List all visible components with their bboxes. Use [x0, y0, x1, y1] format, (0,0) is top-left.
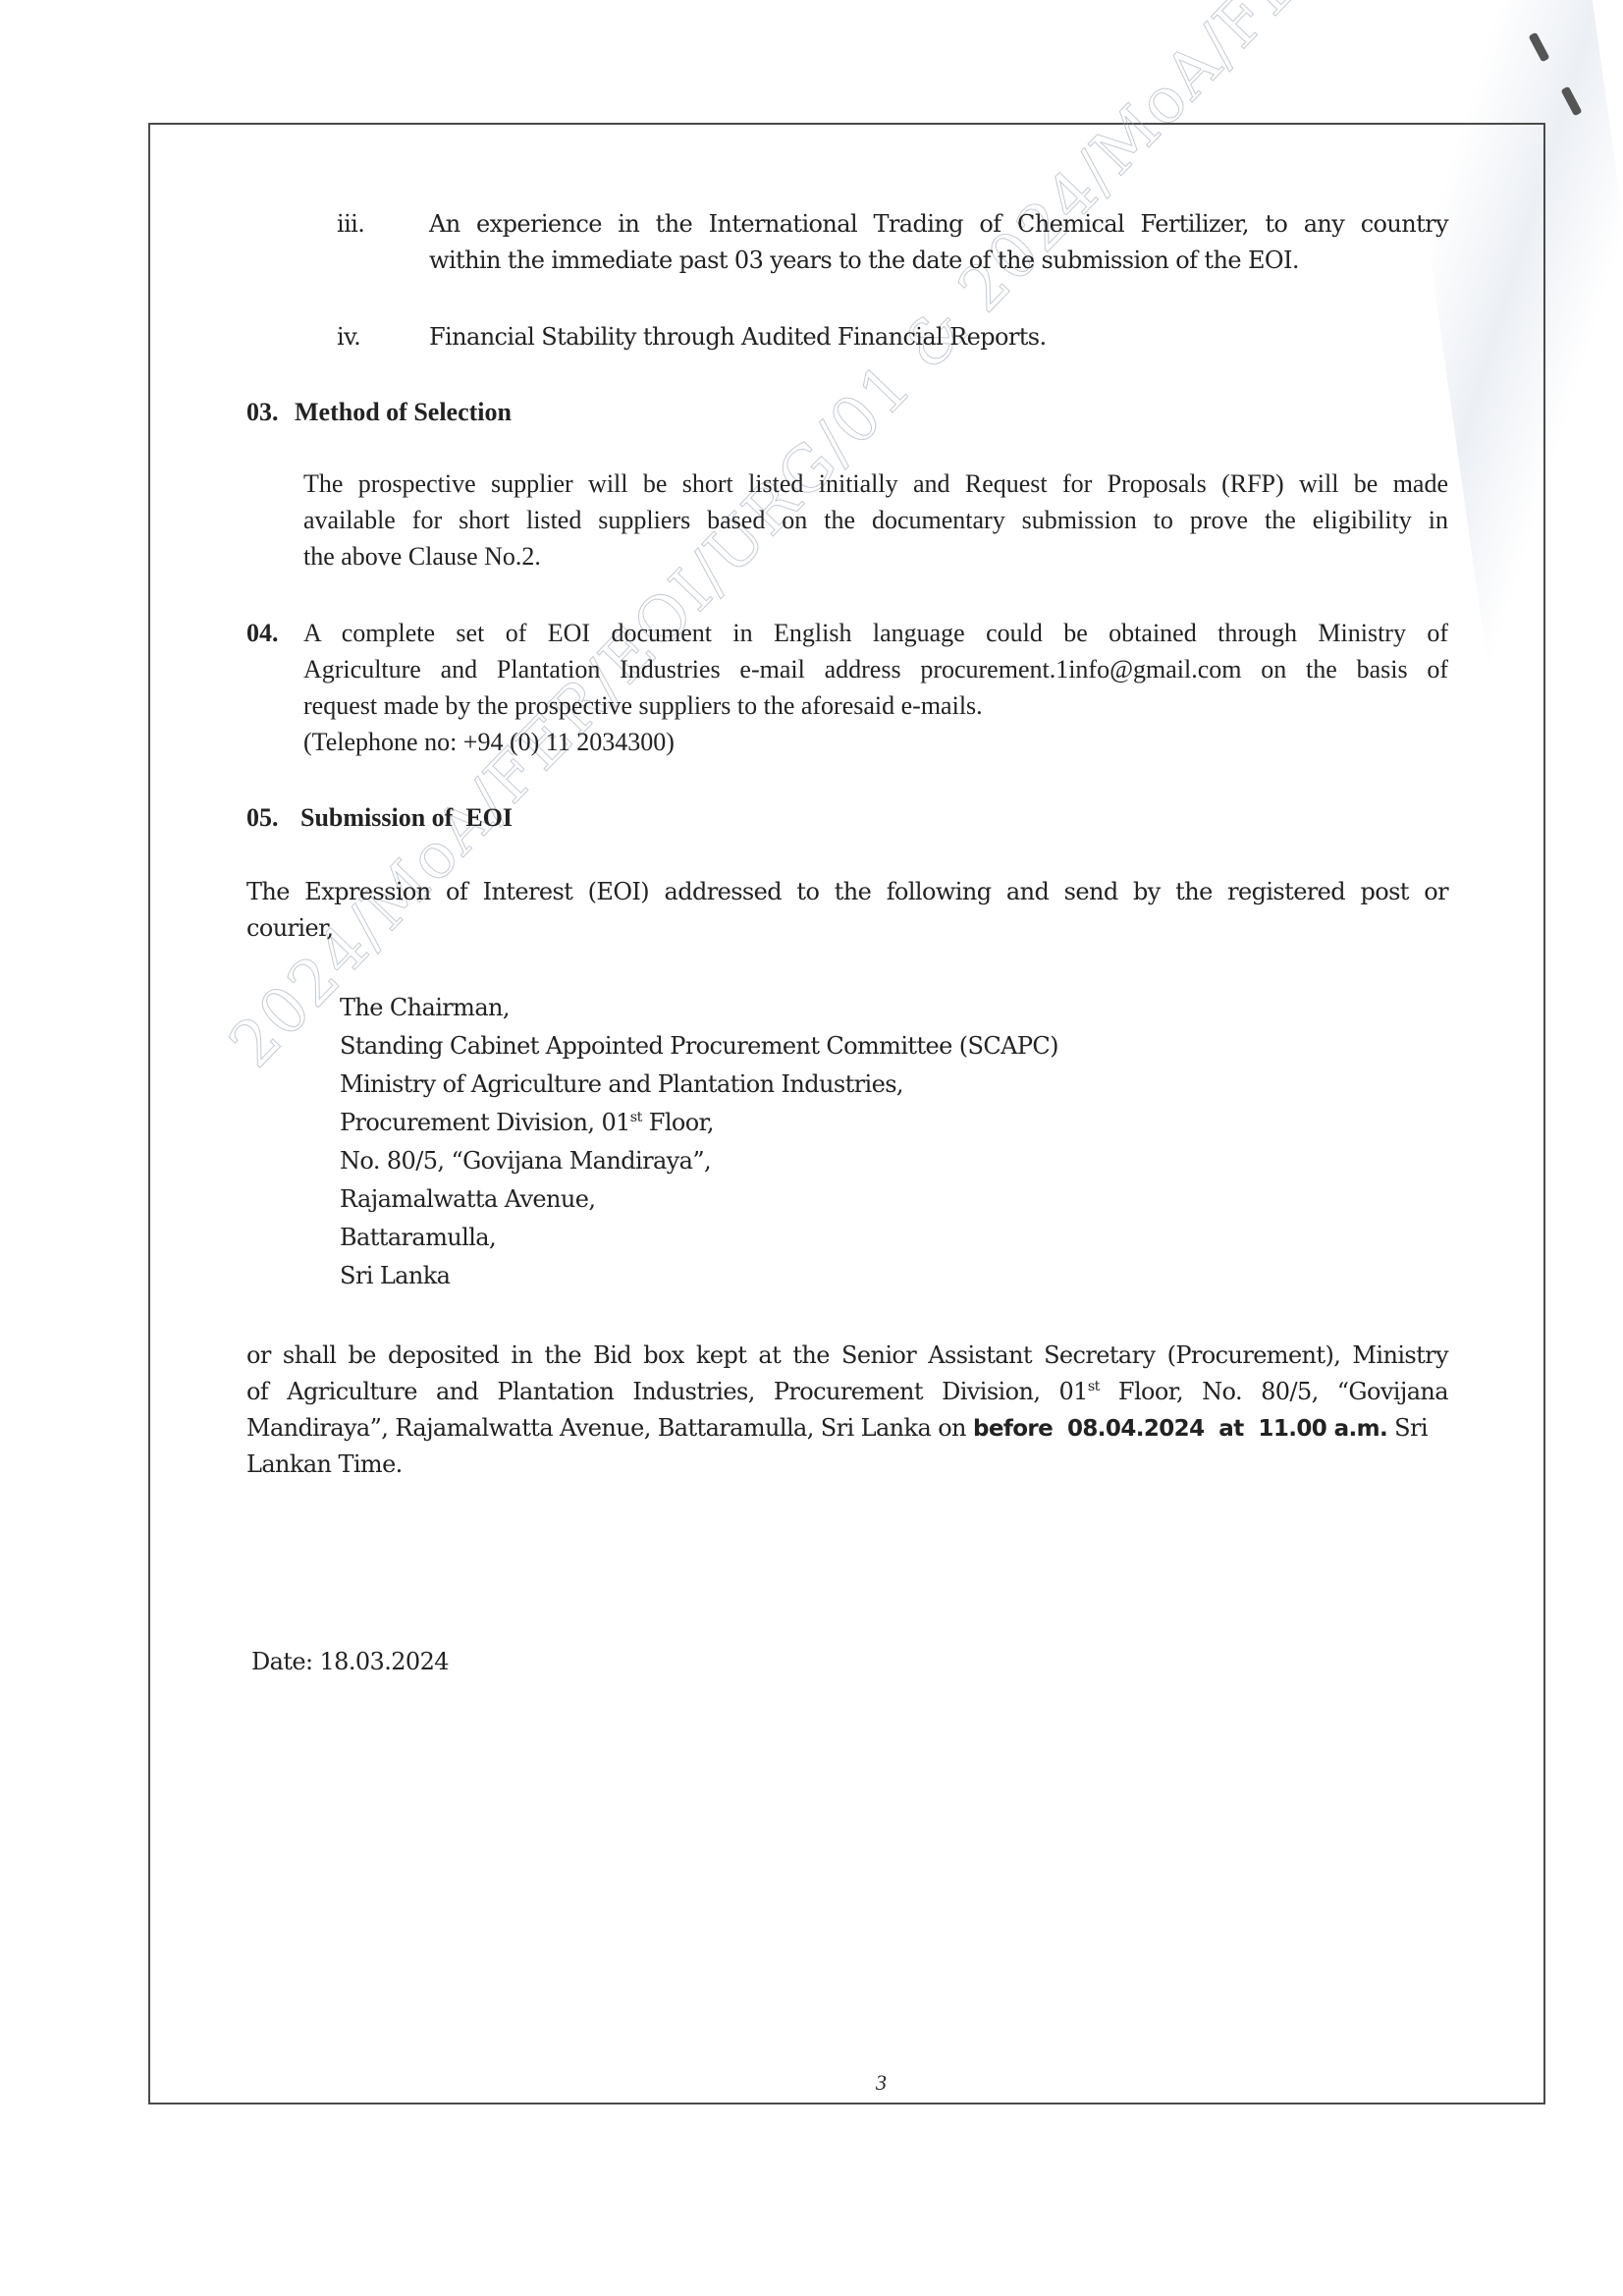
- section-4-line2-email: Agriculture and Plantation Industries e-…: [303, 655, 1448, 684]
- deposit-text: Floor, No. 80/5, “Govijana: [1100, 1378, 1448, 1405]
- list-marker-iv: iv.: [337, 323, 360, 351]
- list-item-iv-text: Financial Stability through Audited Fina…: [429, 323, 1047, 351]
- section-5-title: Submission of EOI: [300, 803, 513, 833]
- document-date: Date: 18.03.2024: [251, 1648, 449, 1675]
- section-5-intro-line1: The Expression of Interest (EOI) address…: [246, 878, 1448, 905]
- address-line: Procurement Division, 01st Floor,: [340, 1109, 714, 1136]
- section-4-number: 04.: [246, 619, 279, 648]
- page-number: 3: [876, 2070, 887, 2096]
- section-4-line3: request made by the prospective supplier…: [303, 691, 983, 721]
- submission-deadline: before 08.04.2024 at 11.00 a.m.: [973, 1416, 1387, 1442]
- list-marker-iii: iii.: [337, 210, 364, 238]
- ordinal-suffix: st: [1088, 1379, 1100, 1394]
- section-3-line2: available for short listed suppliers bas…: [303, 506, 1448, 535]
- address-line: Sri Lanka: [340, 1262, 450, 1289]
- ordinal-suffix: st: [630, 1110, 642, 1125]
- address-line: Standing Cabinet Appointed Procurement C…: [340, 1032, 1058, 1060]
- section-3-line3: the above Clause No.2.: [303, 542, 541, 572]
- address-line: No. 80/5, “Govijana Mandiraya”,: [340, 1147, 711, 1175]
- section-4-line1: A complete set of EOI document in Englis…: [303, 619, 1448, 648]
- list-item-iii-line2: within the immediate past 03 years to th…: [429, 246, 1299, 274]
- deposit-line3-deadline: Mandiraya”, Rajamalwatta Avenue, Battara…: [246, 1414, 1428, 1442]
- deposit-line2: of Agriculture and Plantation Industries…: [246, 1378, 1448, 1405]
- section-3-line1: The prospective supplier will be short l…: [303, 469, 1448, 499]
- address-text: Procurement Division, 01: [340, 1109, 630, 1136]
- list-item-iii-line1: An experience in the International Tradi…: [429, 210, 1448, 238]
- deposit-line4: Lankan Time.: [246, 1450, 403, 1478]
- address-line: Ministry of Agriculture and Plantation I…: [340, 1070, 903, 1098]
- address-line: Rajamalwatta Avenue,: [340, 1185, 595, 1213]
- deposit-text: Sri: [1387, 1414, 1428, 1442]
- deposit-text: Mandiraya”, Rajamalwatta Avenue, Battara…: [246, 1414, 973, 1442]
- address-line: The Chairman,: [340, 994, 510, 1021]
- deposit-text: of Agriculture and Plantation Industries…: [246, 1378, 1088, 1405]
- section-3-title: Method of Selection: [295, 398, 512, 427]
- section-5-number: 05.: [246, 803, 279, 833]
- section-3-number: 03.: [246, 398, 279, 427]
- section-4-telephone: (Telephone no: +94 (0) 11 2034300): [303, 728, 675, 757]
- deposit-line1: or shall be deposited in the Bid box kep…: [246, 1341, 1448, 1369]
- section-5-intro-line2: courier,: [246, 914, 333, 942]
- address-line: Battaramulla,: [340, 1224, 496, 1251]
- address-text: Floor,: [642, 1109, 714, 1136]
